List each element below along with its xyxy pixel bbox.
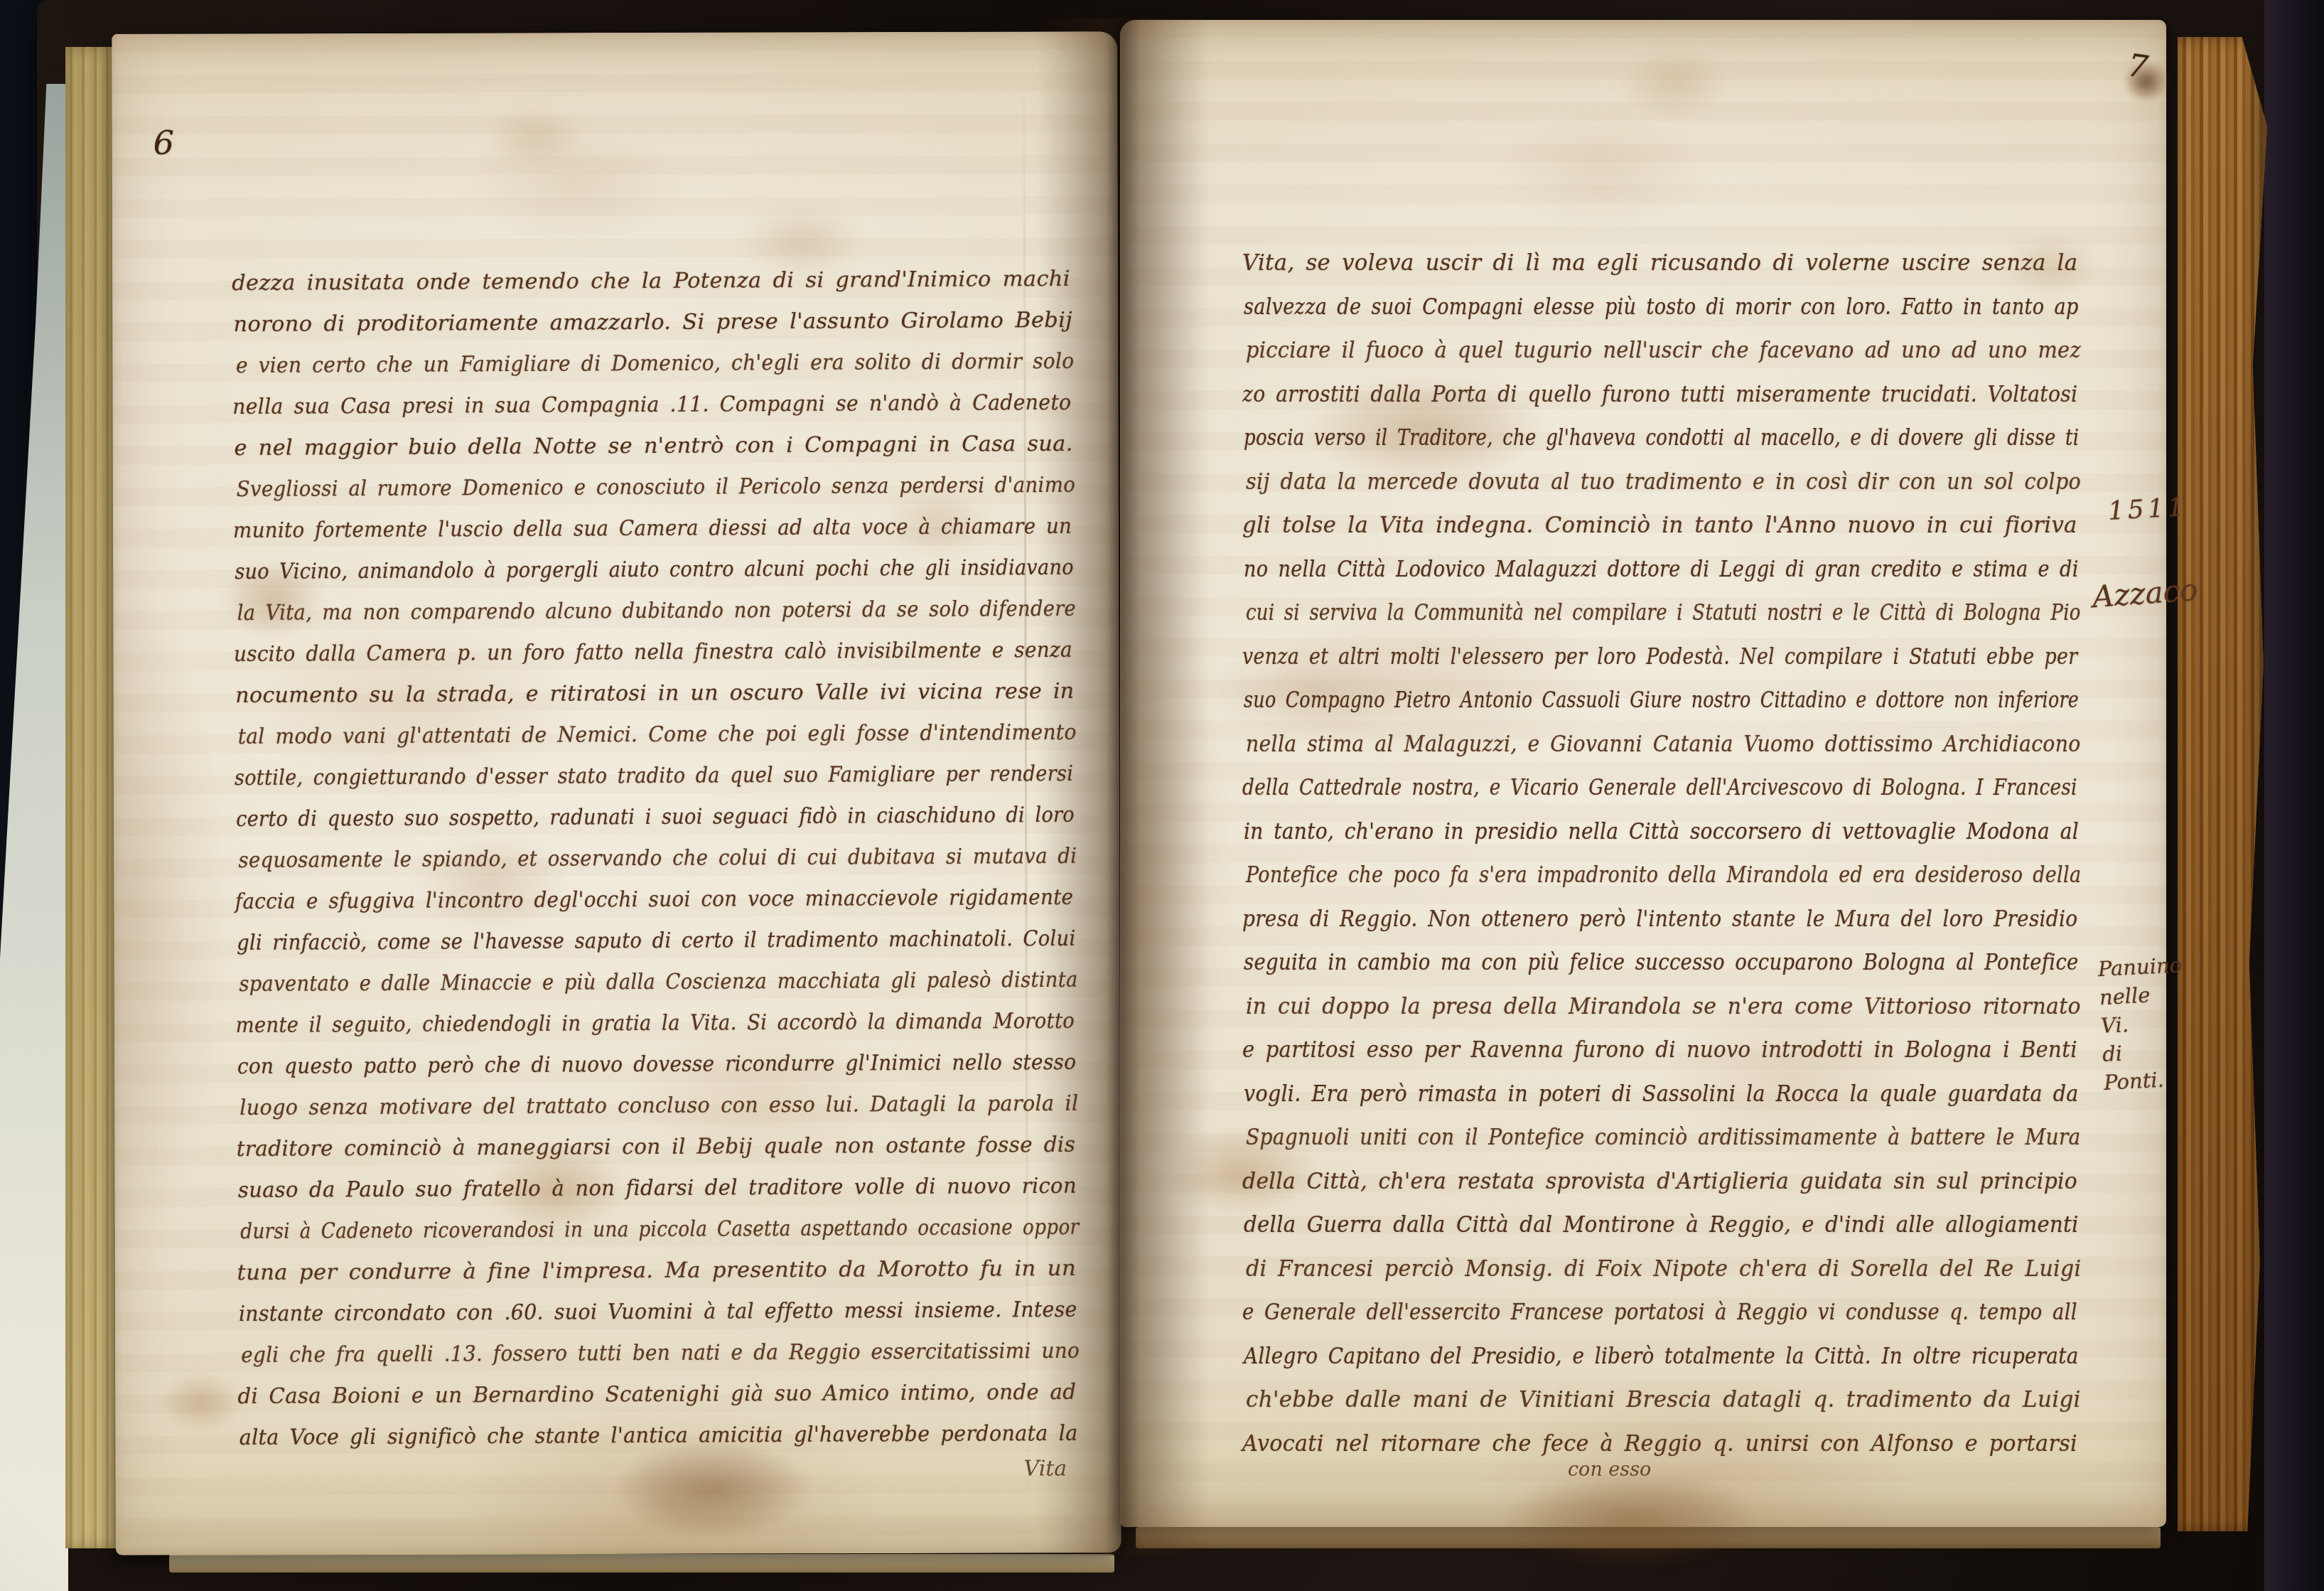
manuscript-line: ch'ebbe dalle mani de Vinitiani Brescia … — [1246, 1386, 2081, 1414]
manuscript-line: vogli. Era però rimasta in poteri di Sas… — [1244, 1080, 2079, 1108]
margin-note-name: Azzaco — [2091, 572, 2198, 614]
manuscript-line: nella stima al Malaguzzi, e Giovanni Cat… — [1246, 730, 2081, 759]
manuscript-line: cui si serviva la Communità nel compilar… — [1246, 599, 2081, 627]
manuscript-line: tal modo vani gl'attentati de Nemici. Co… — [237, 719, 1076, 751]
manuscript-line: mente il seguito, chiedendogli in gratia… — [236, 1007, 1075, 1040]
manuscript-line: dezza inusitata onde temendo che la Pote… — [232, 265, 1070, 298]
manuscript-line: e Generale dell'essercito Francese porta… — [1242, 1298, 2077, 1327]
manuscript-line: con questo patto però che di nuovo doves… — [237, 1049, 1076, 1081]
page-edges-left — [0, 84, 68, 1591]
manuscript-line: venza et altri molti l'elessero per loro… — [1242, 643, 2077, 671]
manuscript-line: suo Compagno Pietro Antonio Cassuoli Giu… — [1244, 686, 2079, 714]
manuscript-line: no nella Città Lodovico Malaguzzi dottor… — [1244, 555, 2079, 584]
manuscript-line: e partitosi esso per Ravenna furono di n… — [1242, 1036, 2077, 1064]
manuscript-line: tuna per condurre à fine l'impresa. Ma p… — [237, 1255, 1076, 1287]
manuscript-line: di Francesi perciò Monsig. di Foix Nipot… — [1246, 1255, 2081, 1283]
left-page: 6 dezza inusitata onde temendo che la Po… — [112, 31, 1121, 1555]
right-catchword: con esso — [1568, 1459, 1651, 1481]
manuscript-line: zo arrostiti dalla Porta di quello furon… — [1242, 380, 2077, 409]
book-cover-right-edge — [2264, 0, 2324, 1591]
manuscript-line: munito fortemente l'uscio della sua Came… — [233, 513, 1072, 545]
margin-note-year: 1511 — [2107, 493, 2188, 526]
manuscript-line: sij data la mercede dovuta al tuo tradim… — [1246, 468, 2081, 496]
manuscript-line: dursi à Cadeneto ricoverandosi in una pi… — [240, 1214, 1079, 1246]
manuscript-line: Avocati nel ritornare che fece à Reggio … — [1242, 1430, 2077, 1458]
left-page-text: dezza inusitata onde temendo che la Pote… — [230, 31, 1080, 1556]
manuscript-line: certo di questo suo sospetto, radunati i… — [236, 801, 1075, 834]
margin-note-reference: Panuino nelle Vi. di Ponti. — [2097, 950, 2189, 1097]
manuscript-line: in tanto, ch'erano in presidio nella Cit… — [1244, 818, 2079, 846]
manuscript-line: Allegro Capitano del Presidio, e liberò … — [1244, 1342, 2079, 1371]
manuscript-line: gli rinfacciò, come se l'havesse saputo … — [237, 925, 1076, 958]
manuscript-photo: 6 dezza inusitata onde temendo che la Po… — [0, 0, 2324, 1591]
manuscript-line: Spagnuoli uniti con il Pontefice cominci… — [1246, 1123, 2081, 1152]
manuscript-line: della Cattedrale nostra, e Vicario Gener… — [1242, 773, 2077, 802]
manuscript-line: poscia verso il Traditore, che gl'haveva… — [1244, 424, 2079, 452]
manuscript-line: spaventato e dalle Minaccie e più dalla … — [239, 966, 1077, 999]
manuscript-line: nocumento su la strada, e ritiratosi in … — [235, 677, 1074, 710]
manuscript-line: della Guerra dalla Città dal Montirone à… — [1244, 1211, 2079, 1239]
manuscript-line: e nel maggior buio della Notte se n'entr… — [234, 430, 1072, 463]
manuscript-line: traditore cominciò à maneggiarsi con il … — [237, 1131, 1076, 1164]
manuscript-line: in cui doppo la presa della Mirandola se… — [1246, 992, 2081, 1021]
left-page-number: 6 — [154, 124, 174, 162]
right-page: 7 Vita, se voleva uscir di lì ma egli ri… — [1120, 20, 2166, 1527]
manuscript-line: e vien certo che un Famigliare di Domeni… — [236, 348, 1075, 380]
manuscript-line: salvezza de suoi Compagni elesse più tos… — [1244, 293, 2079, 321]
manuscript-line: Pontefice che poco fa s'era impadronito … — [1246, 861, 2081, 889]
manuscript-line: sequosamente le spiando, et osservando c… — [238, 842, 1077, 875]
manuscript-line: Vita, se voleva uscir di lì ma egli ricu… — [1242, 249, 2077, 277]
right-page-text: Vita, se voleva uscir di lì ma egli ricu… — [1242, 20, 2081, 1527]
manuscript-line: presa di Reggio. Non ottenero però l'int… — [1242, 905, 2077, 933]
manuscript-line: nella sua Casa presi in sua Compagnia .1… — [232, 389, 1071, 422]
manuscript-line: uscito dalla Camera p. un foro fatto nel… — [234, 636, 1072, 669]
margin-reference-line: nelle Vi. — [2099, 979, 2185, 1040]
margin-reference-line: Panuino — [2097, 950, 2183, 983]
manuscript-line: della Città, ch'era restata sprovista d'… — [1242, 1167, 2077, 1196]
manuscript-line: picciare il fuoco à quel tugurio nell'us… — [1246, 336, 2081, 365]
manuscript-line: luogo senza motivare del trattato conclu… — [240, 1090, 1078, 1123]
manuscript-line: sottile, congietturando d'esser stato tr… — [235, 760, 1073, 793]
manuscript-line: faccia e sfuggiva l'incontro degl'occhi … — [235, 884, 1074, 916]
stain — [158, 1370, 243, 1434]
manuscript-line: suo Vicino, animandolo à porgergli aiuto… — [235, 554, 1074, 586]
manuscript-line: instante circondato con .60. suoi Vuomin… — [239, 1296, 1077, 1329]
page-stack-left — [65, 47, 118, 1548]
page-stack-bottom-left — [169, 1554, 1114, 1573]
manuscript-line: norono di proditoriamente amazzarlo. Si … — [233, 306, 1072, 339]
manuscript-line: gli tolse la Vita indegna. Cominciò in t… — [1242, 511, 2077, 540]
manuscript-line: seguita in cambio ma con più felice succ… — [1244, 948, 2079, 977]
manuscript-line: suaso da Paulo suo fratello à non fidars… — [238, 1172, 1077, 1205]
manuscript-line: Svegliossi al rumore Domenico e conosciu… — [237, 471, 1076, 504]
manuscript-line: la Vita, ma non comparendo alcuno dubita… — [237, 595, 1077, 628]
margin-reference-line: di Ponti. — [2102, 1036, 2188, 1097]
manuscript-line: alta Voce gli significò che stante l'ant… — [240, 1420, 1078, 1452]
manuscript-line: egli che fra quelli .13. fossero tutti b… — [241, 1337, 1080, 1370]
left-catchword: Vita — [1023, 1456, 1067, 1481]
page-edges-right — [2178, 37, 2267, 1531]
manuscript-line: di Casa Boioni e un Bernardino Scatenigh… — [237, 1378, 1076, 1411]
